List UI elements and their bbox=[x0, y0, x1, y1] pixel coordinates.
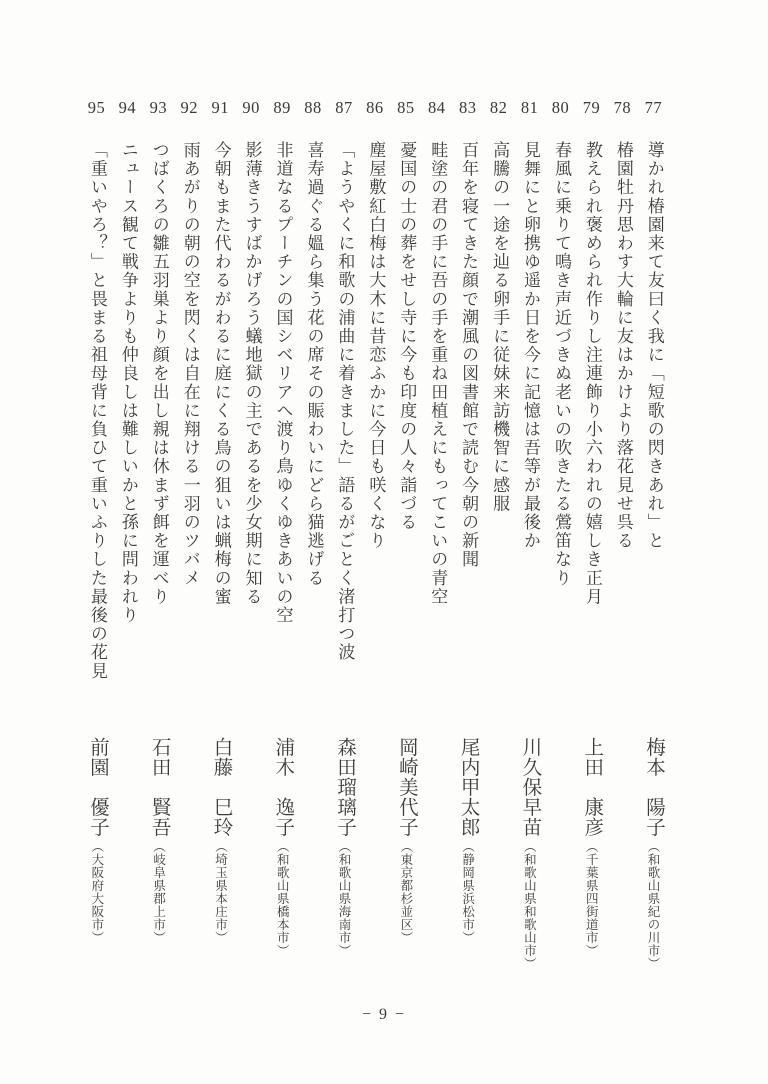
author-name: 森田瑠璃子 bbox=[328, 737, 359, 837]
poem-text: 高騰の一途を辿る卵手に従妹来訪機智に感服 bbox=[483, 141, 514, 513]
poem-number: 94 bbox=[119, 98, 137, 118]
poem-number: 77 bbox=[645, 98, 663, 118]
authors-section: 梅本 陽子 （和歌山県紀の川市） 上田 康彦 （千葉県四街道市） 川久保早苗 （… bbox=[50, 737, 668, 970]
author-entry: 梅本 陽子 （和歌山県紀の川市） bbox=[637, 737, 668, 970]
poem-entry: 80 春風に乗りて鳴き声近づきぬ老いの吹きたる鶯笛なり bbox=[545, 98, 576, 680]
author-name: 浦木 逸子 bbox=[266, 737, 297, 837]
poem-entry: 86 塵屋敷紅白梅は大木に昔恋ふかに今日も咲くなり bbox=[359, 98, 390, 680]
poem-number: 85 bbox=[397, 98, 415, 118]
poem-text: 「ようやくに和歌の浦曲に着きました」語るがごとく渚打つ波 bbox=[329, 141, 360, 662]
author-entry: 白藤 巳玲 （埼玉県本庄市） bbox=[205, 737, 236, 970]
poem-text: 畦塗の君の手に吾の手を重ね田植えにもってこいの青空 bbox=[421, 141, 452, 606]
author-name: 石田 賢吾 bbox=[143, 737, 174, 837]
poem-entry: 93 つばくろの雛五羽巣より顔を出し親は休まず餌を運べり bbox=[143, 98, 174, 680]
author-location: （静岡県浜松市） bbox=[452, 840, 483, 944]
author-name: 前園 優子 bbox=[81, 737, 112, 837]
poem-number: 80 bbox=[552, 98, 570, 118]
author-location: （和歌山県橋本市） bbox=[266, 840, 297, 957]
poem-number: 93 bbox=[150, 98, 168, 118]
author-slot: 森田瑠璃子 （和歌山県海南市） bbox=[297, 737, 359, 970]
poem-text: 非道なるプーチンの国シベリアへ渡り鳥ゆくゆきあいの空 bbox=[267, 141, 298, 625]
author-location: （大阪府大阪市） bbox=[81, 840, 112, 944]
poem-entry: 81 見舞にと卵携ゆ遥か日を今に記憶は吾等が最後か bbox=[514, 98, 545, 680]
poem-entry: 77 導かれ椿園来て友曰く我に「短歌の閃きあれ」と bbox=[638, 98, 669, 680]
poem-entry: 82 高騰の一途を辿る卵手に従妹来訪機智に感服 bbox=[483, 98, 514, 680]
poem-text: 見舞にと卵携ゆ遥か日を今に記憶は吾等が最後か bbox=[514, 141, 545, 550]
poem-text: 百年を寝てきた顔で潮風の図書館で読む今朝の新聞 bbox=[452, 141, 483, 569]
poem-text: 春風に乗りて鳴き声近づきぬ老いの吹きたる鶯笛なり bbox=[545, 141, 576, 587]
poem-number: 78 bbox=[614, 98, 632, 118]
poem-number: 84 bbox=[428, 98, 446, 118]
author-slot: 川久保早苗 （和歌山県和歌山市） bbox=[483, 737, 545, 970]
author-location: （東京都杉並区） bbox=[390, 840, 421, 944]
poem-number: 81 bbox=[521, 98, 539, 118]
author-name: 岡崎美代子 bbox=[390, 737, 421, 837]
poem-text: 影薄きうすばかげろう蟻地獄の主であるを少女期に知る bbox=[236, 141, 267, 606]
poem-entry: 94 ニュース観て戦争よりも仲良しは難しいかと孫に問われり bbox=[112, 98, 143, 680]
author-location: （和歌山県紀の川市） bbox=[637, 840, 668, 970]
poem-text: 喜寿過ぐる媼ら集う花の席その賑わいにどら猫逃げる bbox=[298, 141, 329, 587]
tanka-anthology-page: 77 導かれ椿園来て友曰く我に「短歌の閃きあれ」と 78 椿園牡丹思わす大輪に友… bbox=[0, 0, 768, 1084]
poem-text: 雨あがりの朝の空を閃くは自在に翔ける一羽のツバメ bbox=[174, 141, 205, 587]
author-entry: 前園 優子 （大阪府大阪市） bbox=[81, 737, 112, 970]
poem-number: 90 bbox=[242, 98, 260, 118]
poem-text: ニュース観て戦争よりも仲良しは難しいかと孫に問われり bbox=[112, 141, 143, 625]
author-entry: 岡崎美代子 （東京都杉並区） bbox=[390, 737, 421, 970]
author-slot: 白藤 巳玲 （埼玉県本庄市） bbox=[174, 737, 236, 970]
poem-text: 導かれ椿園来て友曰く我に「短歌の閃きあれ」と bbox=[638, 141, 669, 550]
poem-number: 89 bbox=[273, 98, 291, 118]
poem-number: 79 bbox=[583, 98, 601, 118]
poem-entry: 95 「重いやろ？」と畏まる祖母背に負ひて重いふりした最後の花見 bbox=[81, 98, 112, 680]
poem-number: 86 bbox=[366, 98, 384, 118]
poem-text: 椿園牡丹思わす大輪に友はかけより落花見せ呉る bbox=[607, 141, 638, 550]
poem-entry: 79 教えられ褒められ作りし注連飾り小六われの嬉しき正月 bbox=[576, 98, 607, 680]
poem-number: 82 bbox=[490, 98, 508, 118]
author-slot: 梅本 陽子 （和歌山県紀の川市） bbox=[606, 737, 668, 970]
author-location: （和歌山県海南市） bbox=[328, 840, 359, 957]
poem-text: 憂国の士の葬をせし寺に今も印度の人々詣づる bbox=[390, 141, 421, 532]
poems-section: 77 導かれ椿園来て友曰く我に「短歌の閃きあれ」と 78 椿園牡丹思わす大輪に友… bbox=[81, 98, 669, 680]
author-location: （埼玉県本庄市） bbox=[205, 840, 236, 944]
poem-entry: 89 非道なるプーチンの国シベリアへ渡り鳥ゆくゆきあいの空 bbox=[267, 98, 298, 680]
author-name: 上田 康彦 bbox=[575, 737, 606, 837]
poem-number: 83 bbox=[459, 98, 477, 118]
poem-entry: 78 椿園牡丹思わす大輪に友はかけより落花見せ呉る bbox=[607, 98, 638, 680]
poem-entry: 84 畦塗の君の手に吾の手を重ね田植えにもってこいの青空 bbox=[421, 98, 452, 680]
poem-number: 91 bbox=[211, 98, 229, 118]
author-location: （岐阜県郡上市） bbox=[143, 840, 174, 944]
author-name: 尾内甲太郎 bbox=[452, 737, 483, 837]
author-slot: 上田 康彦 （千葉県四街道市） bbox=[544, 737, 606, 970]
poem-number: 92 bbox=[181, 98, 199, 118]
poem-entry: 83 百年を寝てきた顔で潮風の図書館で読む今朝の新聞 bbox=[452, 98, 483, 680]
author-name: 白藤 巳玲 bbox=[205, 737, 236, 837]
author-entry: 川久保早苗 （和歌山県和歌山市） bbox=[514, 737, 545, 970]
author-entry: 浦木 逸子 （和歌山県橋本市） bbox=[266, 737, 297, 970]
poem-text: つばくろの雛五羽巣より顔を出し親は休まず餌を運べり bbox=[143, 141, 174, 606]
poem-number: 87 bbox=[335, 98, 353, 118]
poem-entry: 92 雨あがりの朝の空を閃くは自在に翔ける一羽のツバメ bbox=[174, 98, 205, 680]
poem-text: 「重いやろ？」と畏まる祖母背に負ひて重いふりした最後の花見 bbox=[81, 141, 112, 680]
author-entry: 尾内甲太郎 （静岡県浜松市） bbox=[452, 737, 483, 970]
author-slot: 前園 優子 （大阪府大阪市） bbox=[50, 737, 112, 970]
poem-entry: 90 影薄きうすばかげろう蟻地獄の主であるを少女期に知る bbox=[236, 98, 267, 680]
page-number: − 9 − bbox=[0, 1006, 768, 1024]
poem-number: 95 bbox=[88, 98, 106, 118]
poem-entry: 88 喜寿過ぐる媼ら集う花の席その賑わいにどら猫逃げる bbox=[298, 98, 329, 680]
poem-entry: 91 今朝もまた代わるがわるに庭にくる鳥の狙いは蝋梅の蜜 bbox=[205, 98, 236, 680]
author-slot: 石田 賢吾 （岐阜県郡上市） bbox=[112, 737, 174, 970]
poem-text: 教えられ褒められ作りし注連飾り小六われの嬉しき正月 bbox=[576, 141, 607, 606]
author-slot: 岡崎美代子 （東京都杉並区） bbox=[359, 737, 421, 970]
author-slot: 尾内甲太郎 （静岡県浜松市） bbox=[421, 737, 483, 970]
poem-number: 88 bbox=[304, 98, 322, 118]
author-name: 梅本 陽子 bbox=[637, 737, 668, 837]
author-entry: 森田瑠璃子 （和歌山県海南市） bbox=[328, 737, 359, 970]
author-entry: 上田 康彦 （千葉県四街道市） bbox=[575, 737, 606, 970]
poem-text: 今朝もまた代わるがわるに庭にくる鳥の狙いは蝋梅の蜜 bbox=[205, 141, 236, 606]
poem-entry: 87 「ようやくに和歌の浦曲に着きました」語るがごとく渚打つ波 bbox=[329, 98, 360, 680]
author-slot: 浦木 逸子 （和歌山県橋本市） bbox=[235, 737, 297, 970]
author-name: 川久保早苗 bbox=[514, 737, 545, 837]
poem-entry: 85 憂国の士の葬をせし寺に今も印度の人々詣づる bbox=[390, 98, 421, 680]
poem-text: 塵屋敷紅白梅は大木に昔恋ふかに今日も咲くなり bbox=[359, 141, 390, 550]
author-location: （和歌山県和歌山市） bbox=[514, 840, 545, 970]
author-location: （千葉県四街道市） bbox=[575, 840, 606, 957]
author-entry: 石田 賢吾 （岐阜県郡上市） bbox=[143, 737, 174, 970]
